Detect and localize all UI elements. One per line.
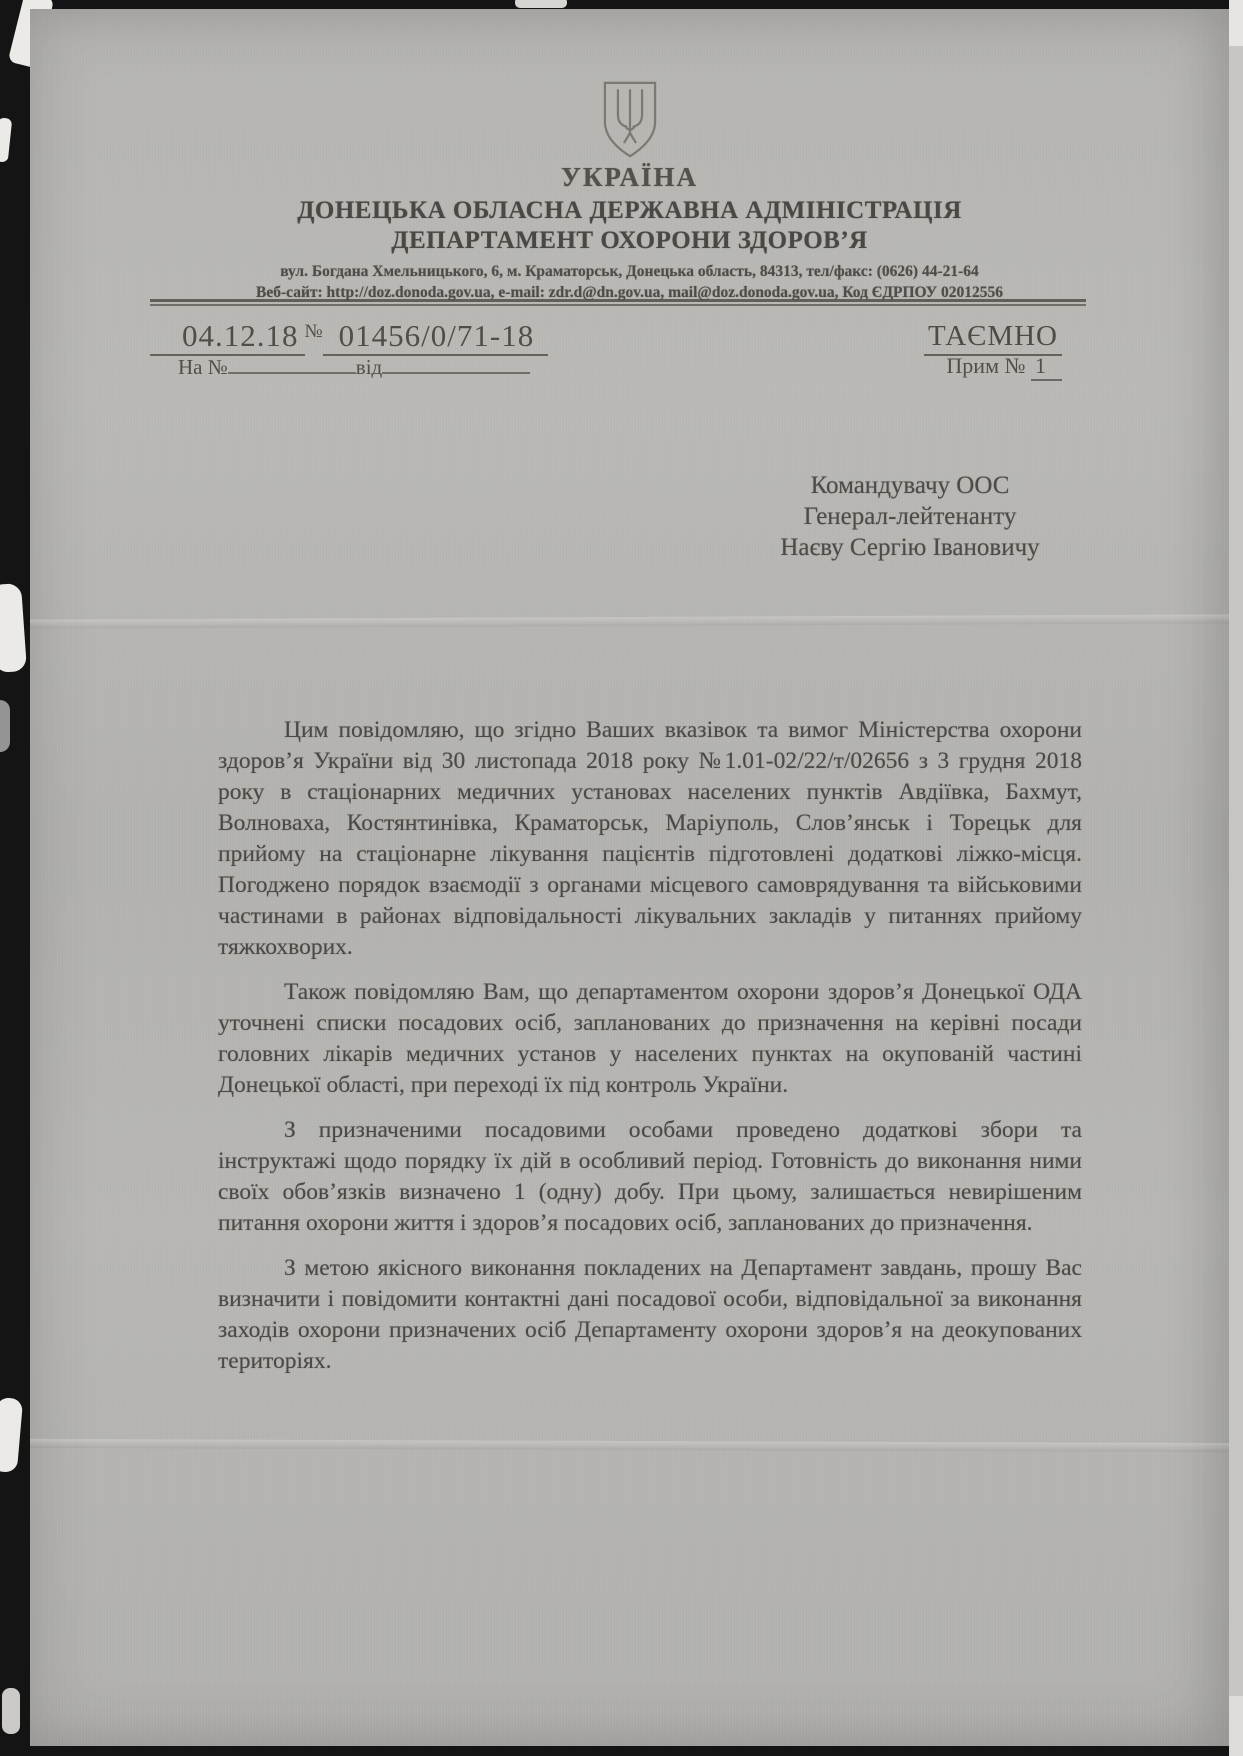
incoming-reference-row: На №від Прим № 1: [178, 353, 1062, 381]
scan-artifact: [0, 117, 12, 162]
addressee-line: Генерал-лейтенанту: [600, 501, 1220, 532]
scan-artifact: [0, 1397, 23, 1473]
address-block: вул. Богдана Хмельницького, 6, м. Крамат…: [256, 262, 1003, 303]
incoming-reference: На №від: [178, 353, 530, 380]
org-name-line2: ДЕПАРТАМЕНТ ОХОРОНИ ЗДОРОВ’Я: [391, 226, 867, 256]
document-page: УКРАЇНА ДОНЕЦЬКА ОБЛАСНА ДЕРЖАВНА АДМІНІ…: [30, 9, 1229, 1746]
letterhead: УКРАЇНА ДОНЕЦЬКА ОБЛАСНА ДЕРЖАВНА АДМІНІ…: [30, 81, 1229, 303]
blank-line: [228, 353, 356, 374]
addressee-line: Наєву Сергію Івановичу: [600, 532, 1220, 563]
addressee-line: Командувачу ООС: [600, 470, 1220, 501]
scan-edge-strip: [1229, 0, 1243, 1756]
secrecy-stamp: ТАЄМНО: [924, 320, 1062, 356]
scan-artifact: [0, 700, 10, 752]
addressee-block: Командувачу ООС Генерал-лейтенанту Наєву…: [600, 470, 1220, 563]
copy-number-block: Прим № 1: [946, 353, 1062, 381]
scan-artifact: [515, 0, 567, 8]
reply-to-label: На №: [178, 355, 228, 379]
org-name-line1: ДОНЕЦЬКА ОБЛАСНА ДЕРЖАВНА АДМІНІСТРАЦІЯ: [297, 196, 962, 226]
outgoing-reference: 04.12.18№01456/0/71-18: [150, 315, 548, 356]
scan-artifact: [0, 583, 27, 673]
letter-body: Цим повідомляю, що згідно Ваших вказівок…: [218, 715, 1082, 1391]
country-name: УКРАЇНА: [561, 162, 698, 192]
body-paragraph: З метою якісного виконання покладених на…: [218, 1253, 1082, 1377]
scan-artifact: [1229, 1696, 1243, 1756]
blank-line: [382, 353, 530, 374]
body-paragraph: З призначеними посадовими особами провед…: [218, 1115, 1082, 1239]
copy-label: Прим №: [946, 353, 1025, 378]
body-paragraph: Також повідомляю Вам, що департаментом о…: [218, 977, 1082, 1101]
scan-root: { "doc": { "letterhead": { "emblem_icon"…: [0, 0, 1243, 1756]
fold-crease: [30, 1439, 1229, 1452]
outgoing-date: 04.12.18: [150, 319, 305, 356]
address-line: вул. Богдана Хмельницького, 6, м. Крамат…: [256, 262, 1003, 283]
reply-from-label: від: [356, 355, 382, 379]
fold-crease: [30, 614, 1229, 628]
scan-artifact: [2, 1688, 20, 1734]
scan-artifact: [1229, 0, 1243, 46]
divider-double-rule: [150, 299, 1086, 306]
reference-row: 04.12.18№01456/0/71-18 ТАЄМНО: [150, 315, 1062, 356]
body-paragraph: Цим повідомляю, що згідно Ваших вказівок…: [218, 715, 1082, 963]
number-sign: №: [305, 321, 323, 342]
copy-number: 1: [1031, 353, 1062, 381]
outgoing-number: 01456/0/71-18: [323, 319, 549, 356]
ukraine-trident-emblem-icon: [601, 81, 659, 159]
